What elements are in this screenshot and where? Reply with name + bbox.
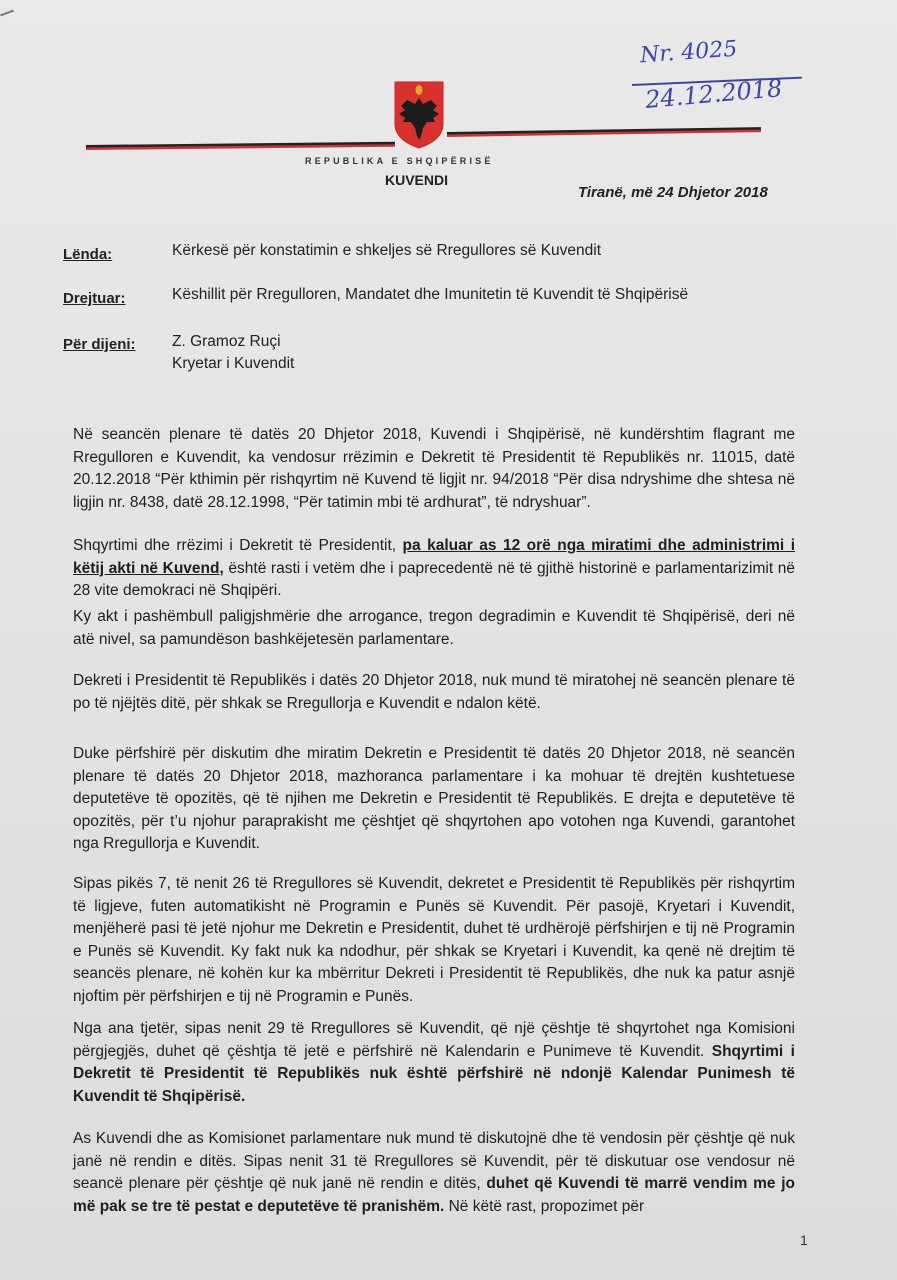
- body-paragraph: Ky akt i pashëmbull paligjshmërie dhe ar…: [73, 606, 795, 651]
- header-rule-left: [86, 142, 395, 150]
- page-corner-mark: [0, 10, 14, 17]
- body-paragraph: Nga ana tjetër, sipas nenit 29 të Rregul…: [73, 1018, 795, 1108]
- cc-label: Për dijeni:: [63, 336, 136, 353]
- paragraph-text: Nga ana tjetër, sipas nenit 29 të Rregul…: [73, 1020, 795, 1060]
- subject-label: Lënda:: [63, 246, 112, 263]
- addressed-value: Këshillit për Rregulloren, Mandatet dhe …: [172, 286, 688, 304]
- paragraph-text: Shqyrtimi dhe rrëzimi i Dekretit të Pres…: [73, 537, 403, 554]
- body-paragraph: Sipas pikës 7, të nenit 26 të Rregullore…: [73, 873, 795, 1008]
- republic-name: REPUBLIKA E SHQIPËRISË: [305, 156, 545, 166]
- paragraph-text: Dekreti i Presidentit të Republikës i da…: [73, 672, 795, 712]
- paragraph-text: Ky akt i pashëmbull paligjshmërie dhe ar…: [73, 608, 795, 648]
- paragraph-text: Në këtë rast, propozimet për: [444, 1198, 644, 1215]
- body-paragraph: Duke përfshirë për diskutim dhe miratim …: [73, 743, 795, 856]
- page-number: 1: [800, 1232, 808, 1248]
- header-rule-right: [447, 127, 761, 137]
- cc-title: Kryetar i Kuvendit: [172, 355, 294, 373]
- body-paragraph: As Kuvendi dhe as Komisionet parlamentar…: [73, 1128, 795, 1218]
- paragraph-text: Duke përfshirë për diskutim dhe miratim …: [73, 745, 795, 852]
- document-page: Nr. 4025 24.12.2018 REPUBLIKA E SHQIPËRI…: [0, 0, 897, 1280]
- cc-name: Z. Gramoz Ruçi: [172, 333, 281, 351]
- institution-name: KUVENDI: [385, 172, 448, 188]
- dateline: Tiranë, më 24 Dhjetor 2018: [578, 184, 768, 201]
- paragraph-text: Sipas pikës 7, të nenit 26 të Rregullore…: [73, 875, 795, 1005]
- body-paragraph: Në seancën plenare të datës 20 Dhjetor 2…: [73, 424, 795, 514]
- body-paragraph: Shqyrtimi dhe rrëzimi i Dekretit të Pres…: [73, 535, 795, 603]
- subject-value: Kërkesë për konstatimin e shkeljes së Rr…: [172, 242, 601, 260]
- paragraph-text: Në seancën plenare të datës 20 Dhjetor 2…: [73, 426, 795, 511]
- body-paragraph: Dekreti i Presidentit të Republikës i da…: [73, 670, 795, 715]
- handwritten-registry-date: 24.12.2018: [644, 74, 783, 114]
- addressed-label: Drejtuar:: [63, 290, 126, 307]
- albanian-coat-of-arms-icon: [393, 80, 445, 150]
- handwritten-registry-number: Nr. 4025: [639, 37, 738, 69]
